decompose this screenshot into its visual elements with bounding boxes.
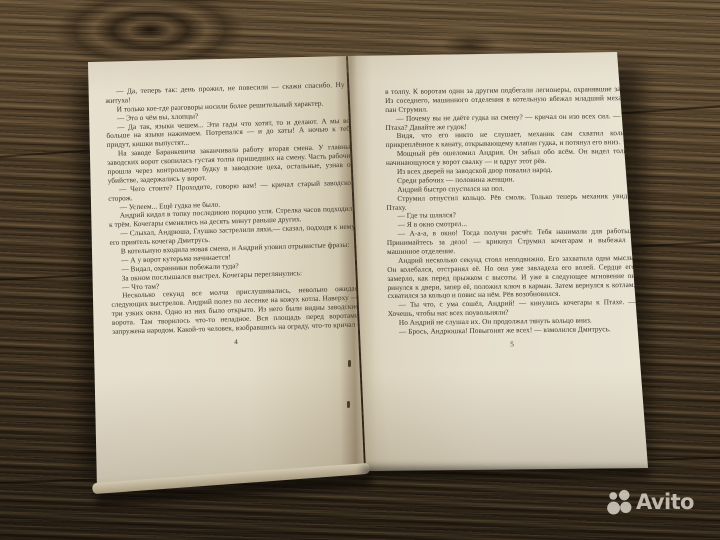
- avito-watermark: Avito: [606, 489, 694, 516]
- left-page-text: — Да, теперь так: день прожил, не повеси…: [105, 81, 360, 351]
- paragraph: в толпу. К воротам один за другим подбег…: [385, 85, 633, 115]
- book-page-left: — Да, теперь так: день прожил, не повеси…: [80, 48, 376, 504]
- book-spine-crease: [335, 50, 377, 474]
- book-page-right: в толпу. К воротам один за другим подбег…: [340, 44, 656, 484]
- paragraph: — Брось, Андрюшка! Повыгонят же всех! — …: [388, 325, 636, 337]
- paragraph: Несколько секунд все молча прислушивалис…: [111, 285, 359, 337]
- page-number: 5: [388, 339, 636, 351]
- avito-watermark-label: Avito: [636, 492, 694, 513]
- spine-stitch: [348, 360, 351, 367]
- page-number: 4: [113, 334, 360, 350]
- right-page-text: в толпу. К воротам один за другим подбег…: [385, 85, 636, 351]
- paragraph: Андрий несколько секунд стоял неподвижно…: [387, 254, 636, 301]
- spine-stitch: [347, 401, 350, 408]
- photo-of-open-book: — Да, теперь так: день прожил, не повеси…: [0, 0, 720, 540]
- avito-logo-icon: [606, 489, 633, 516]
